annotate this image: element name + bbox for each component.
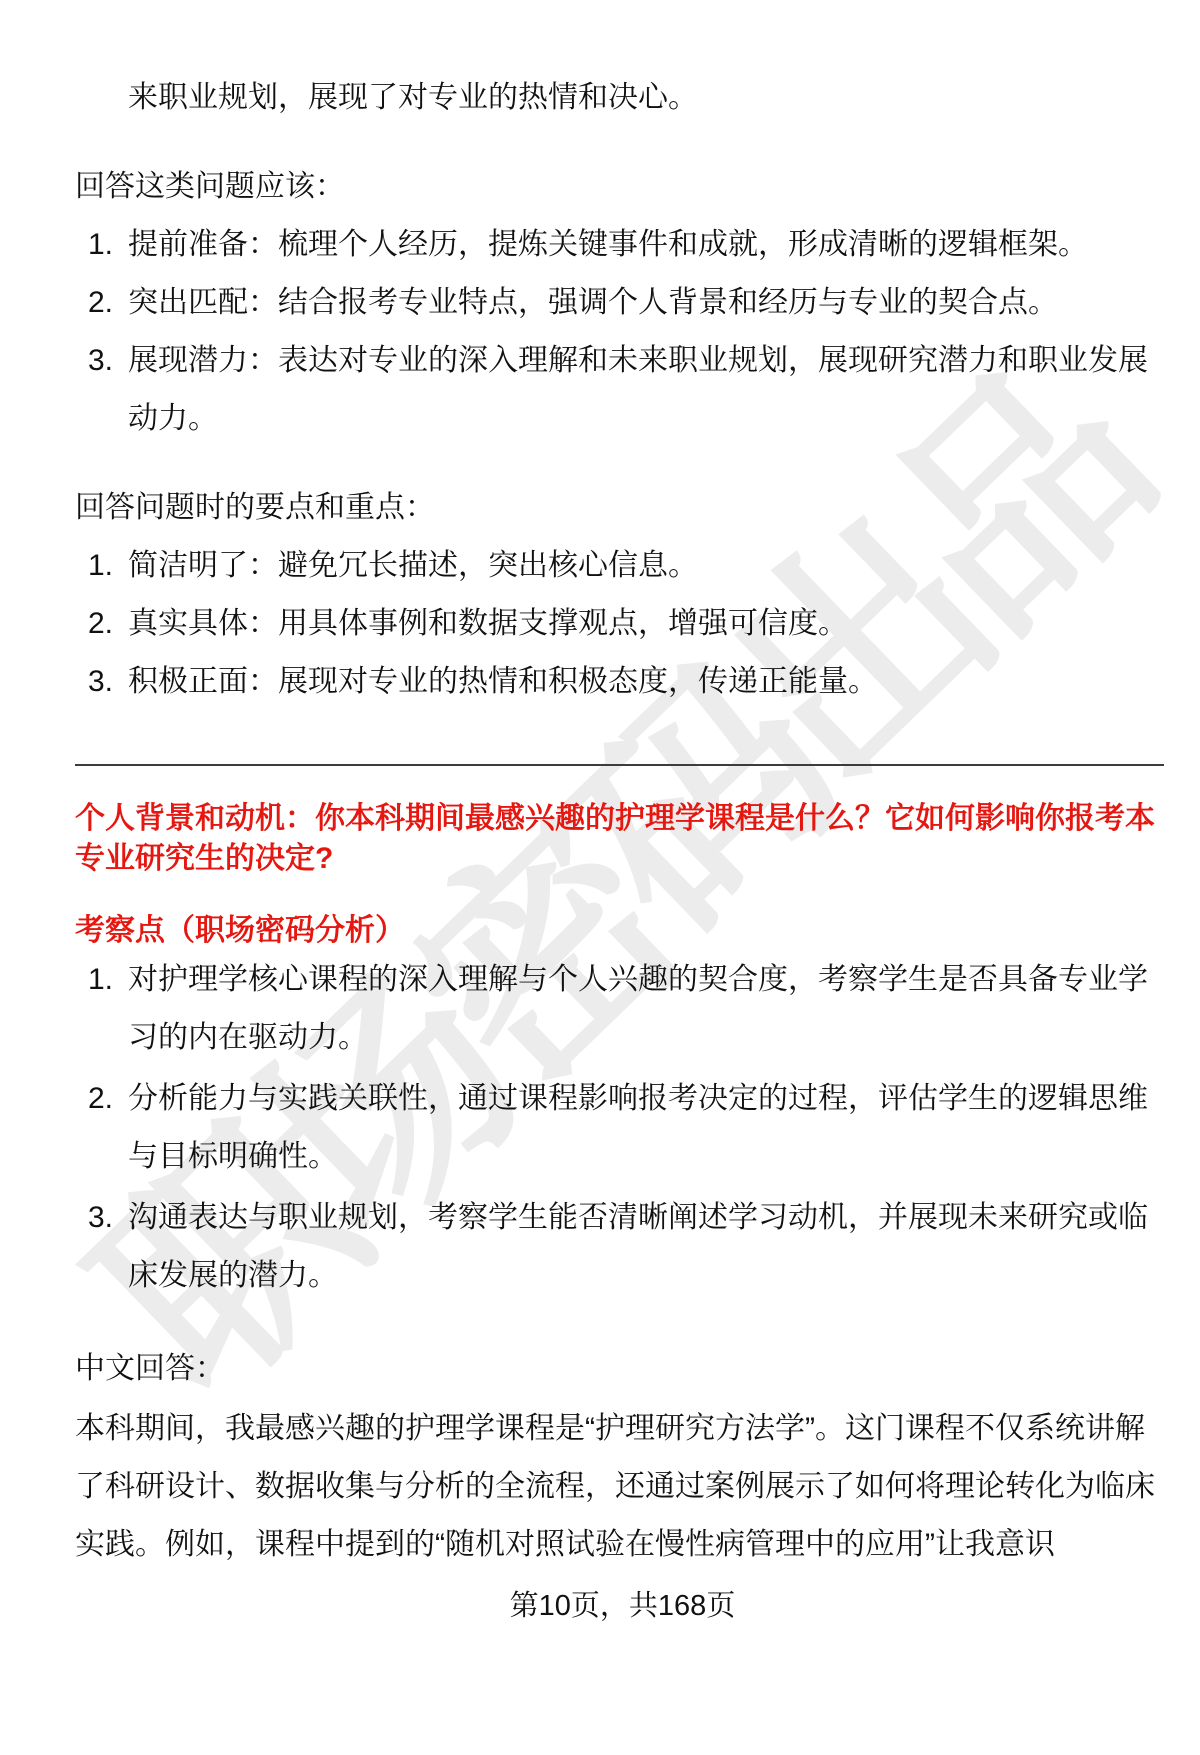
key-points-lead: 回答问题时的要点和重点：	[75, 479, 1170, 537]
paragraph-continuation: 来职业规划，展现了对专业的热情和决心。	[128, 69, 1170, 127]
list-item-number: 3.	[75, 332, 128, 390]
list-item: 1. 简洁明了：避免冗长描述，突出核心信息。	[75, 537, 1170, 595]
list-item: 3. 展现潜力：表达对专业的深入理解和未来职业规划，展现研究潜力和职业发展动力。	[75, 332, 1170, 448]
list-item-number: 3.	[75, 653, 128, 711]
list-item-number: 2.	[75, 1070, 128, 1128]
analysis-list: 1. 对护理学核心课程的深入理解与个人兴趣的契合度，考察学生是否具备专业学习的内…	[75, 951, 1170, 1305]
list-item-text: 真实具体：用具体事例和数据支撑观点，增强可信度。	[128, 595, 1170, 653]
list-item: 2. 分析能力与实践关联性，通过课程影响报考决定的过程，评估学生的逻辑思维与目标…	[75, 1070, 1170, 1186]
list-item: 3. 积极正面：展现对专业的热情和积极态度，传递正能量。	[75, 653, 1170, 711]
how-to-answer-list: 1. 提前准备：梳理个人经历，提炼关键事件和成就，形成清晰的逻辑框架。 2. 突…	[75, 216, 1170, 448]
list-item: 2. 突出匹配：结合报考专业特点，强调个人背景和经历与专业的契合点。	[75, 274, 1170, 332]
list-item-text: 分析能力与实践关联性，通过课程影响报考决定的过程，评估学生的逻辑思维与目标明确性…	[128, 1070, 1170, 1186]
answer-lead: 中文回答：	[75, 1340, 1170, 1398]
document-page: 职场密码出品 来职业规划，展现了对专业的热情和决心。 回答这类问题应该： 1. …	[0, 0, 1200, 1755]
analysis-label: 考察点（职场密码分析）	[75, 911, 1170, 951]
key-points-list: 1. 简洁明了：避免冗长描述，突出核心信息。 2. 真实具体：用具体事例和数据支…	[75, 537, 1170, 711]
list-item: 1. 提前准备：梳理个人经历，提炼关键事件和成就，形成清晰的逻辑框架。	[75, 216, 1170, 274]
page-number-footer: 第10页，共168页	[75, 1577, 1170, 1635]
section-divider	[75, 764, 1164, 766]
list-item: 2. 真实具体：用具体事例和数据支撑观点，增强可信度。	[75, 595, 1170, 653]
list-item-number: 1.	[75, 951, 128, 1009]
list-item-text: 突出匹配：结合报考专业特点，强调个人背景和经历与专业的契合点。	[128, 274, 1170, 332]
how-to-answer-lead: 回答这类问题应该：	[75, 158, 1170, 216]
list-item: 1. 对护理学核心课程的深入理解与个人兴趣的契合度，考察学生是否具备专业学习的内…	[75, 951, 1170, 1067]
list-item-number: 3.	[75, 1189, 128, 1247]
answer-body: 本科期间，我最感兴趣的护理学课程是“护理研究方法学”。这门课程不仅系统讲解了科研…	[75, 1400, 1170, 1574]
list-item-text: 展现潜力：表达对专业的深入理解和未来职业规划，展现研究潜力和职业发展动力。	[128, 332, 1170, 448]
list-item-text: 提前准备：梳理个人经历，提炼关键事件和成就，形成清晰的逻辑框架。	[128, 216, 1170, 274]
list-item-number: 2.	[75, 274, 128, 332]
list-item: 3. 沟通表达与职业规划，考察学生能否清晰阐述学习动机，并展现未来研究或临床发展…	[75, 1189, 1170, 1305]
list-item-number: 2.	[75, 595, 128, 653]
question-heading: 个人背景和动机：你本科期间最感兴趣的护理学课程是什么？它如何影响你报考本专业研究…	[75, 799, 1170, 879]
list-item-text: 简洁明了：避免冗长描述，突出核心信息。	[128, 537, 1170, 595]
page-content: 来职业规划，展现了对专业的热情和决心。 回答这类问题应该： 1. 提前准备：梳理…	[0, 0, 1200, 1635]
list-item-text: 沟通表达与职业规划，考察学生能否清晰阐述学习动机，并展现未来研究或临床发展的潜力…	[128, 1189, 1170, 1305]
list-item-number: 1.	[75, 216, 128, 274]
list-item-text: 对护理学核心课程的深入理解与个人兴趣的契合度，考察学生是否具备专业学习的内在驱动…	[128, 951, 1170, 1067]
list-item-text: 积极正面：展现对专业的热情和积极态度，传递正能量。	[128, 653, 1170, 711]
list-item-number: 1.	[75, 537, 128, 595]
